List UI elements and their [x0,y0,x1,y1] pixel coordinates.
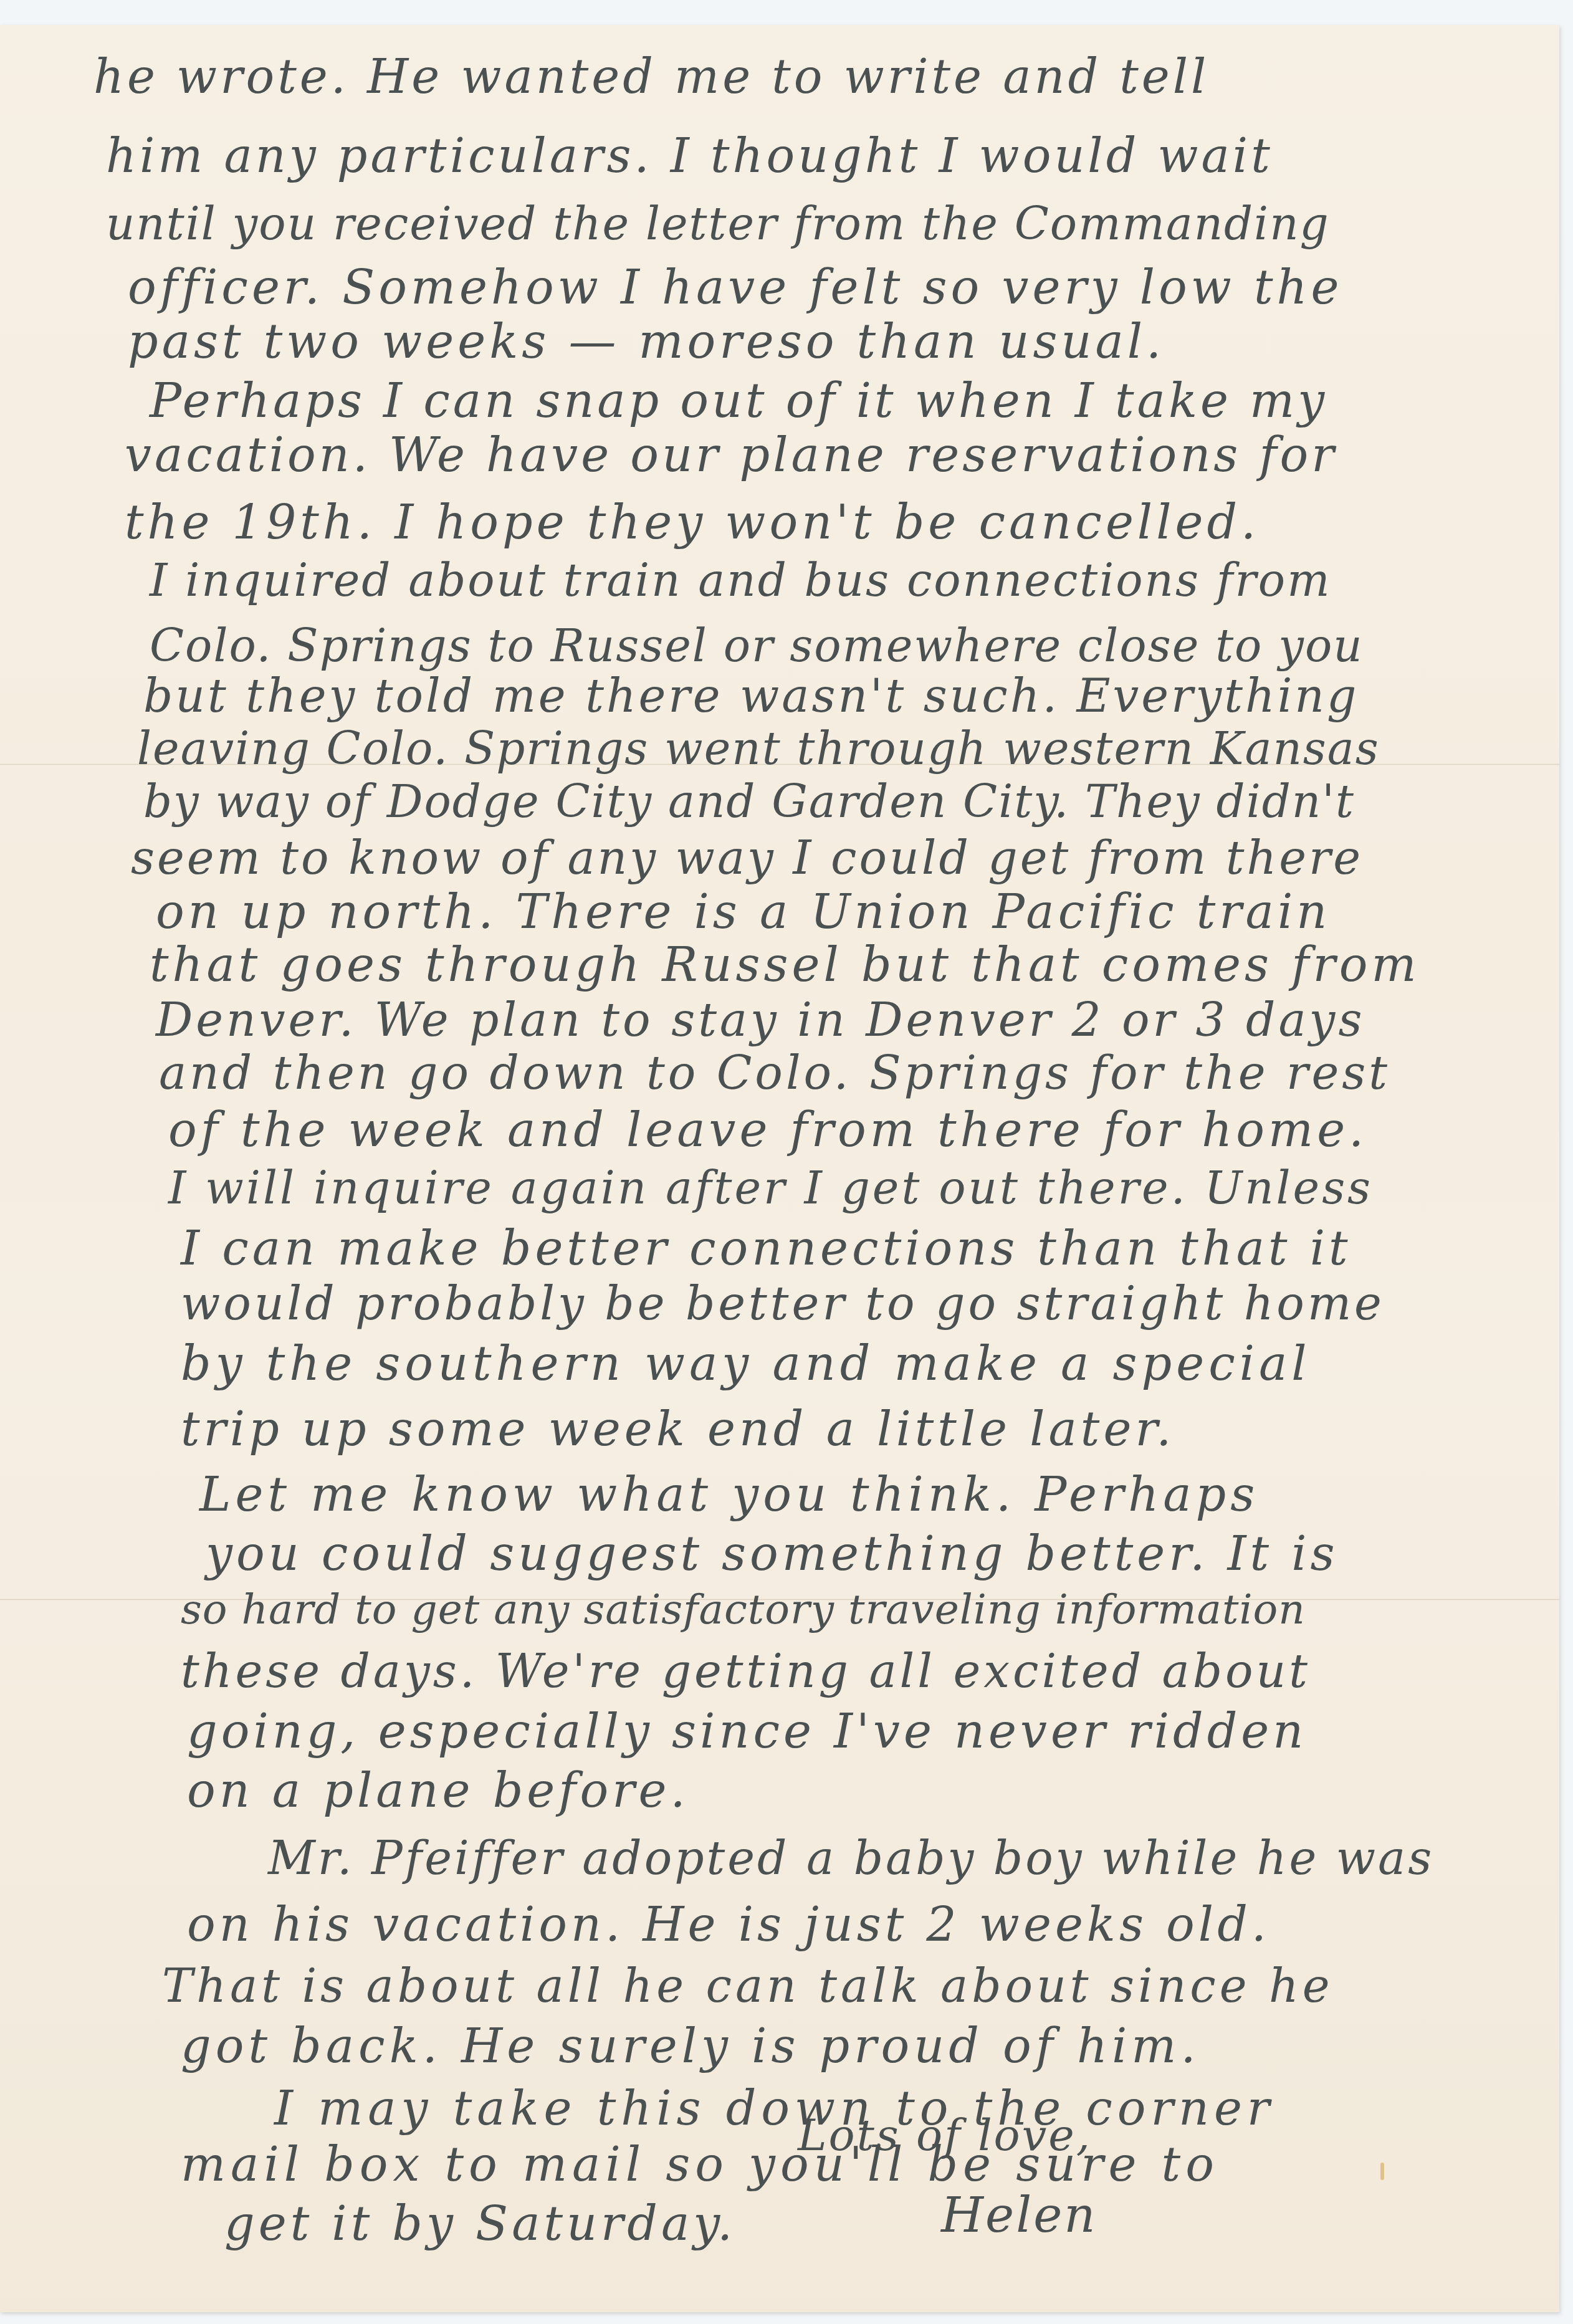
letter-line: past two weeks — moreso than usual. [128,318,1165,365]
letter-line: the 19th. I hope they won't be cancelled… [125,499,1260,546]
letter-line: on his vacation. He is just 2 weeks old. [187,1901,1270,1948]
letter-line: I will inquire again after I get out the… [168,1165,1373,1210]
letter-line: that goes through Russel but that comes … [150,941,1420,988]
letter-line: leaving Colo. Springs went through weste… [137,726,1380,771]
letter-line: on a plane before. [187,1767,689,1814]
letter-line: he wrote. He wanted me to write and tell [93,53,1209,100]
letter-line: officer. Somehow I have felt so very low… [128,264,1343,311]
letter-line: by the southern way and make a special [181,1340,1311,1387]
letter-line: you could suggest something better. It i… [206,1530,1338,1577]
letter-line: Let me know what you think. Perhaps [199,1471,1259,1518]
letter-line: I may take this down to the corner [274,2085,1274,2132]
paper-stain [1380,2163,1384,2180]
letter-line: but they told me there wasn't such. Ever… [143,673,1359,719]
letter-line: would probably be better to go straight … [181,1281,1385,1327]
letter-page: he wrote. He wanted me to write and tell… [0,25,1559,2312]
letter-line: Perhaps I can snap out of it when I take… [150,377,1327,424]
letter-closing: Lots of love, [798,2110,1092,2161]
letter-line: I inquired about train and bus connectio… [150,558,1331,603]
letter-line: seem to know of any way I could get from… [131,835,1363,881]
letter-line: and then go down to Colo. Springs for th… [159,1050,1390,1096]
letter-line: That is about all he can talk about sinc… [162,1963,1334,2009]
letter-line: on up north. There is a Union Pacific tr… [156,888,1331,935]
letter-line: Colo. Springs to Russel or somewhere clo… [150,623,1364,668]
letter-line: trip up some week end a little later. [181,1405,1175,1453]
letter-line: him any particulars. I thought I would w… [106,132,1273,179]
letter-line: these days. We're getting all excited ab… [181,1648,1311,1695]
letter-line: until you received the letter from the C… [106,201,1330,246]
letter-line: going, especially since I've never ridde… [187,1708,1307,1755]
letter-line: Mr. Pfeiffer adopted a baby boy while he… [268,1835,1434,1882]
letter-line: I can make better connections than that … [181,1225,1352,1272]
letter-signature: Helen [941,2188,1097,2244]
letter-line: so hard to get any satisfactory travelin… [181,1589,1306,1630]
letter-line: vacation. We have our plane reservations… [125,431,1337,479]
letter-line: Denver. We plan to stay in Denver 2 or 3… [156,997,1365,1043]
letter-line: get it by Saturday. [224,2200,736,2247]
letter-line: of the week and leave from there for hom… [168,1106,1367,1154]
letter-line: got back. He surely is proud of him. [181,2022,1200,2070]
letter-line: by way of Dodge City and Garden City. Th… [143,779,1355,824]
